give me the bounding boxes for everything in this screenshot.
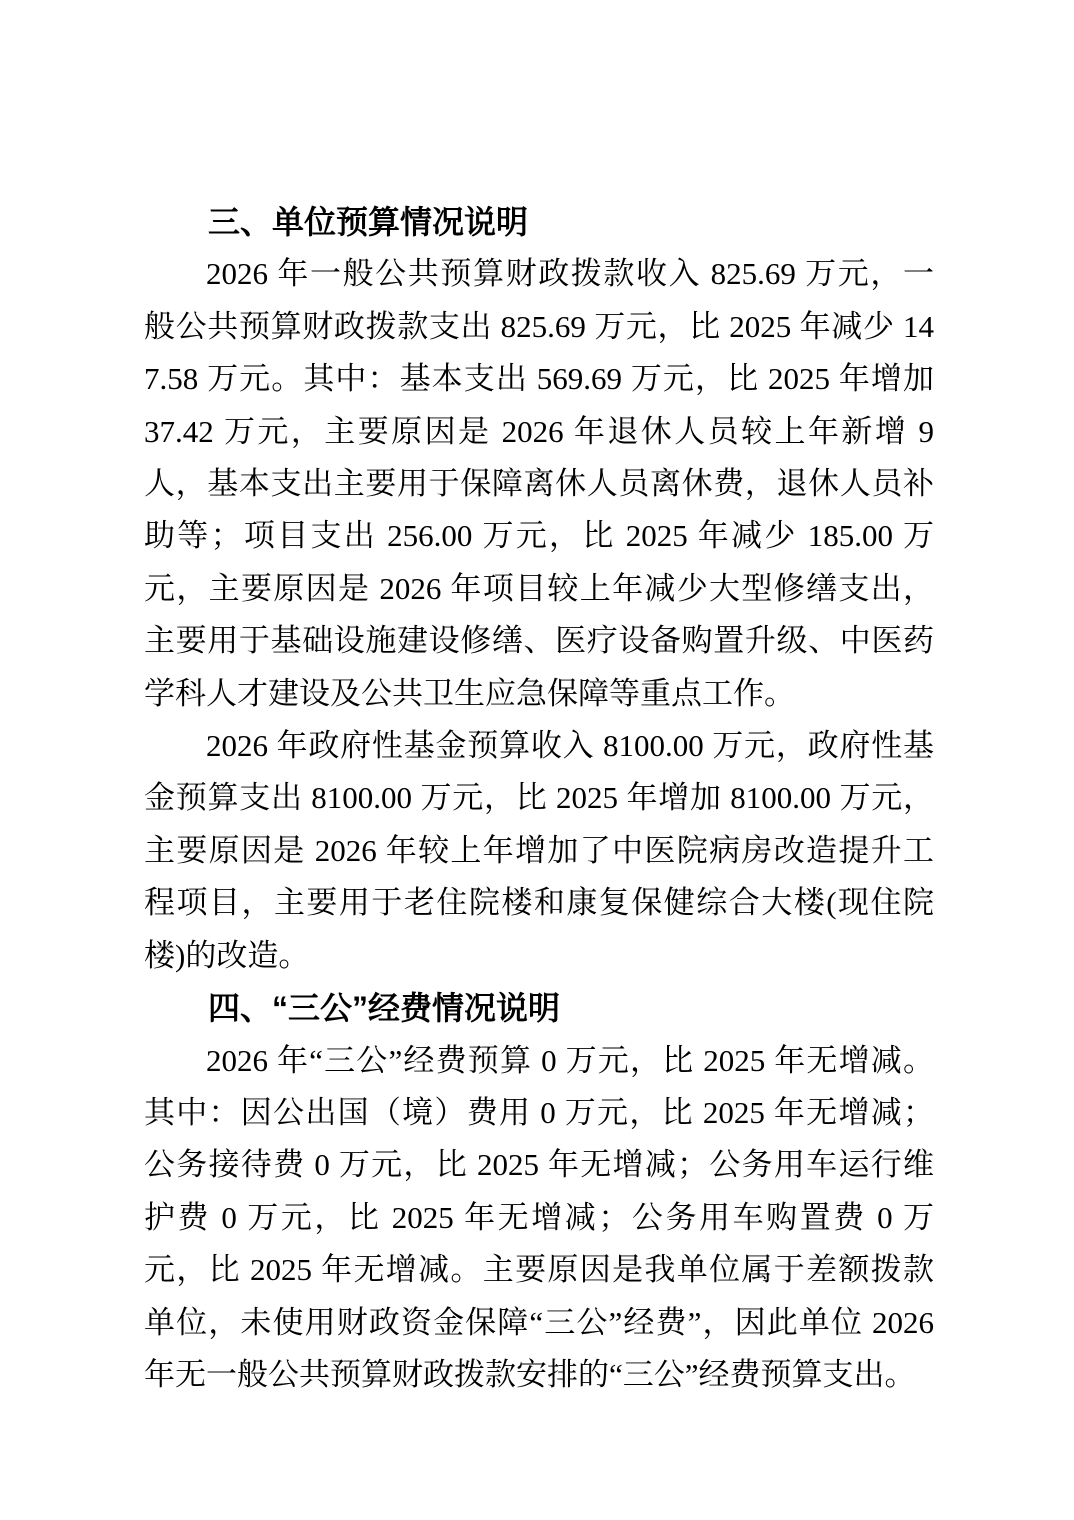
paragraph-general-public-budget: 2026 年一般公共预算财政拨款收入 825.69 万元，一般公共预算财政拨款支… [144,248,934,720]
document-page: 三、单位预算情况说明 2026 年一般公共预算财政拨款收入 825.69 万元，… [0,0,1074,1520]
paragraph-government-fund-budget: 2026 年政府性基金预算收入 8100.00 万元，政府性基金预算支出 810… [144,720,934,982]
document-content: 三、单位预算情况说明 2026 年一般公共预算财政拨款收入 825.69 万元，… [144,196,934,1401]
section-heading-unit-budget: 三、单位预算情况说明 [144,196,934,248]
paragraph-three-public-expenses: 2026 年“三公”经费预算 0 万元，比 2025 年无增减。其中：因公出国（… [144,1035,934,1402]
section-heading-three-public-expenses: 四、“三公”经费情况说明 [144,982,934,1034]
